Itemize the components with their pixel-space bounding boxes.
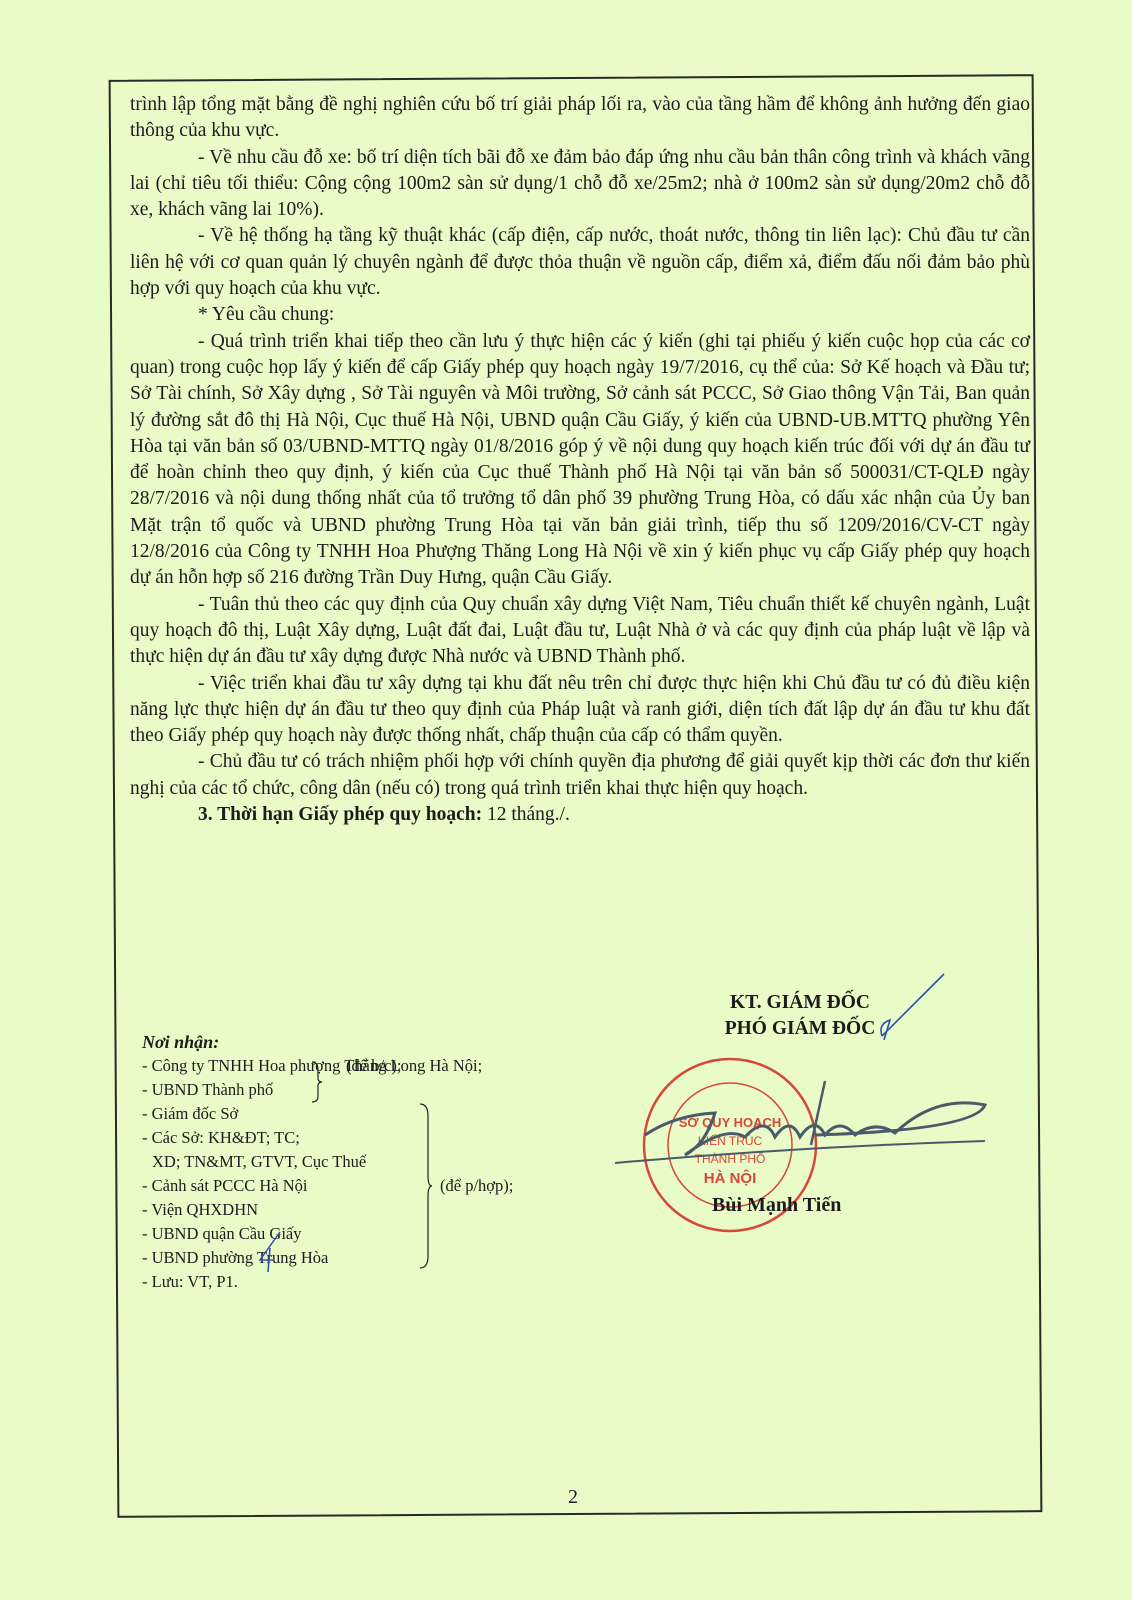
permit-term-value: 12 tháng./. <box>482 804 570 825</box>
recipient-line: XD; TN&MT, GTVT, Cục Thuế <box>142 1150 602 1174</box>
permit-term-label: 3. Thời hạn Giấy phép quy hoạch: <box>198 804 482 825</box>
permit-term: 3. Thời hạn Giấy phép quy hoạch: 12 thán… <box>130 802 1030 828</box>
recipients-group1-note: (để b/c); <box>346 1054 401 1078</box>
paragraph: - Quá trình triển khai tiếp theo cần lưu… <box>130 329 1030 592</box>
recipients-block: Nơi nhận: - Công ty TNHH Hoa phượng Thăn… <box>142 1030 602 1294</box>
handwritten-mark-icon <box>254 1230 284 1274</box>
page-number: 2 <box>568 1486 578 1509</box>
paragraph: - Việc triển khai đầu tư xây dựng tại kh… <box>130 671 1030 750</box>
recipients-group2-note: (để p/hợp); <box>440 1174 513 1198</box>
recipient-line: - Các Sở: KH&ĐT; TC; <box>142 1126 602 1150</box>
recipient-line: - UBND quận Cầu Giấy <box>142 1222 602 1246</box>
paragraph: - Về hệ thống hạ tầng kỹ thuật khác (cấp… <box>130 223 1030 302</box>
recipient-line: - Lưu: VT, P1. <box>142 1270 602 1294</box>
approval-mark-icon <box>870 970 950 1050</box>
paragraph: - Chủ đầu tư có trách nhiệm phối hợp với… <box>130 749 1030 802</box>
handwritten-signature-icon <box>615 1075 995 1185</box>
document-body: trình lập tổng mặt bằng đề nghị nghiên c… <box>130 92 1030 828</box>
recipient-line: - UBND Thành phố <box>142 1078 602 1102</box>
recipients-title: Nơi nhận: <box>142 1030 602 1054</box>
recipient-line: - Giám đốc Sở <box>142 1102 602 1126</box>
signer-name: Bùi Mạnh Tiến <box>712 1194 841 1217</box>
paragraph: - Tuân thủ theo các quy định của Quy chu… <box>130 592 1030 671</box>
paragraph: trình lập tổng mặt bằng đề nghị nghiên c… <box>130 92 1030 145</box>
recipient-line: - UBND phường Trung Hòa <box>142 1246 602 1270</box>
brace-icon <box>418 1102 434 1270</box>
recipient-line: - Cảnh sát PCCC Hà Nội <box>142 1174 602 1198</box>
recipient-line: - Viện QHXDHN <box>142 1198 602 1222</box>
paragraph: - Về nhu cầu đỗ xe: bố trí diện tích bãi… <box>130 145 1030 224</box>
paragraph: * Yêu cầu chung: <box>130 302 1030 328</box>
brace-icon <box>310 1060 324 1104</box>
